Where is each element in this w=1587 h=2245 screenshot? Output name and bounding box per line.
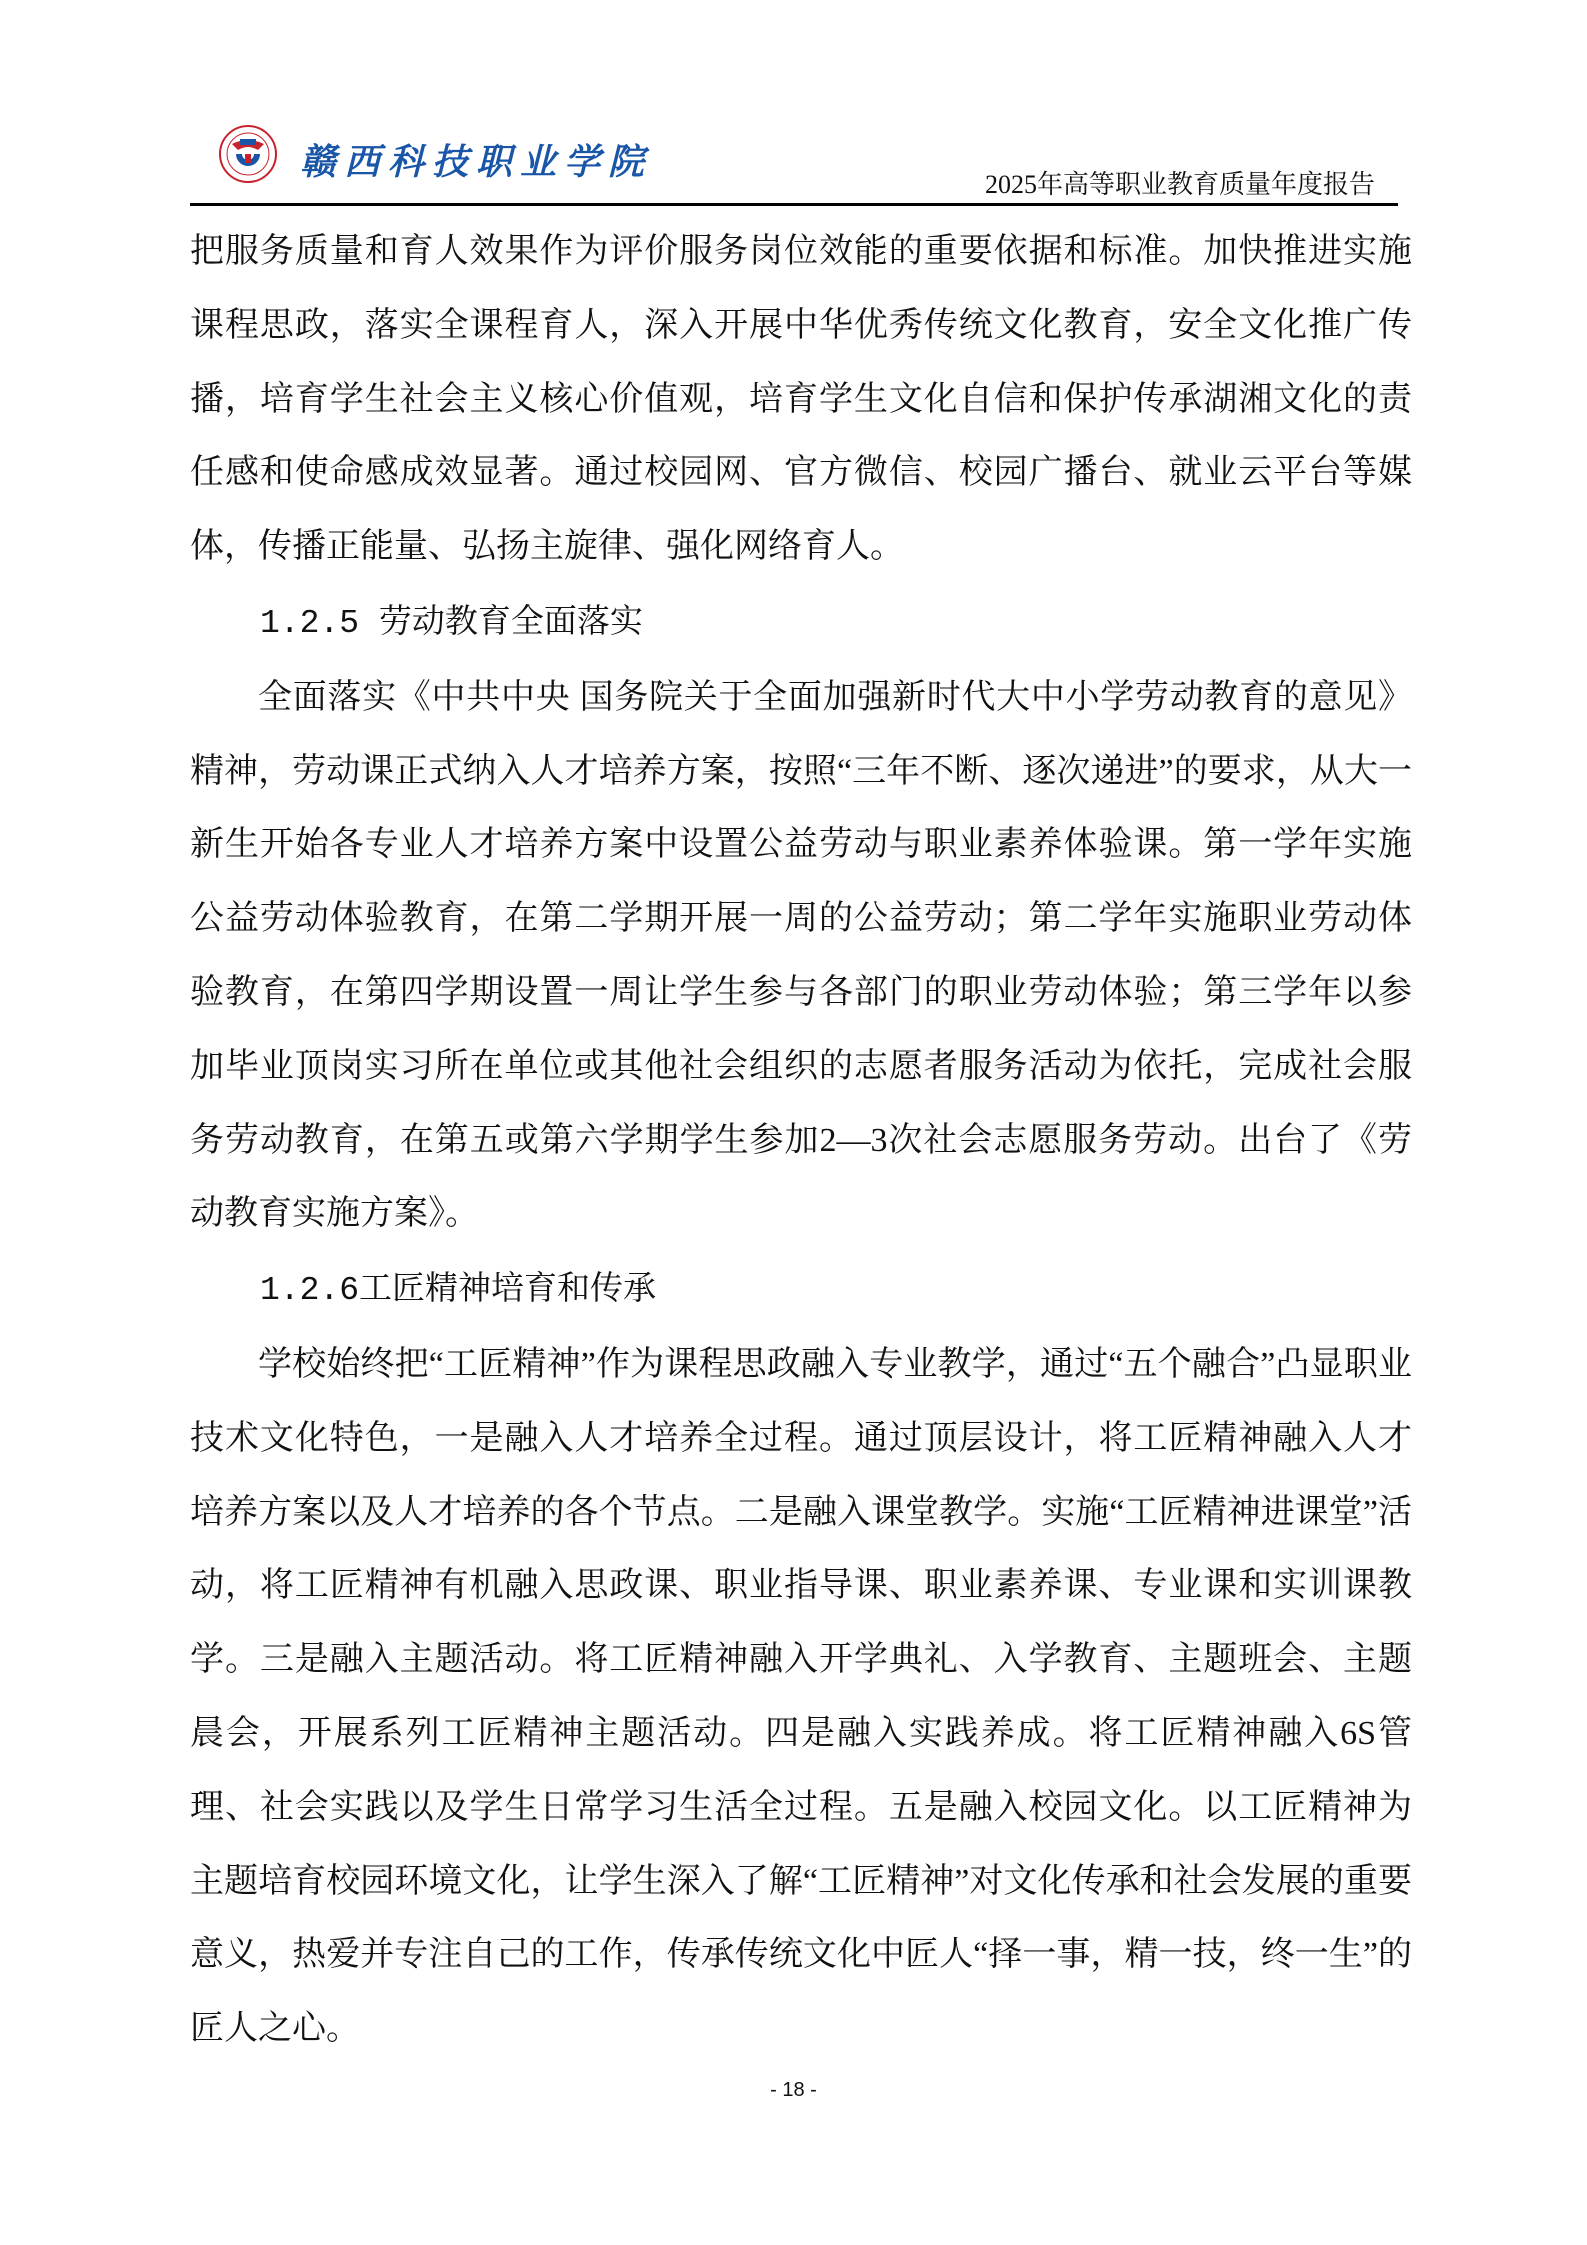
section-number: 1.2.6 (260, 1272, 359, 1309)
header-divider (190, 203, 1398, 206)
section-heading-1-2-5: 1.2.5 劳动教育全面落实 (190, 584, 1412, 661)
section-1-2-6-paragraph: 学校始终把“工匠精神”作为课程思政融入专业教学，通过“五个融合”凸显职业技术文化… (190, 1328, 1412, 2066)
intro-paragraph: 把服务质量和育人效果作为评价服务岗位效能的重要依据和标准。加快推进实施课程思政，… (190, 215, 1412, 584)
document-page: 赣西科技职业学院 2025年高等职业教育质量年度报告 把服务质量和育人效果作为评… (0, 0, 1587, 2245)
school-name: 赣西科技职业学院 (300, 134, 652, 185)
document-body: 把服务质量和育人效果作为评价服务岗位效能的重要依据和标准。加快推进实施课程思政，… (190, 215, 1412, 2066)
section-title: 工匠精神培育和传承 (359, 1268, 656, 1307)
page-number: - 18 - (0, 2079, 1587, 2102)
section-1-2-5-paragraph: 全面落实《中共中央 国务院关于全面加强新时代大中小学劳动教育的意见》精神，劳动课… (190, 661, 1412, 1251)
page-header: 赣西科技职业学院 2025年高等职业教育质量年度报告 (190, 112, 1410, 207)
section-heading-1-2-6: 1.2.6工匠精神培育和传承 (190, 1251, 1412, 1328)
section-title: 劳动教育全面落实 (379, 601, 643, 640)
section-number: 1.2.5 (260, 605, 359, 642)
report-title: 2025年高等职业教育质量年度报告 (985, 164, 1375, 201)
school-emblem-icon (218, 124, 278, 184)
